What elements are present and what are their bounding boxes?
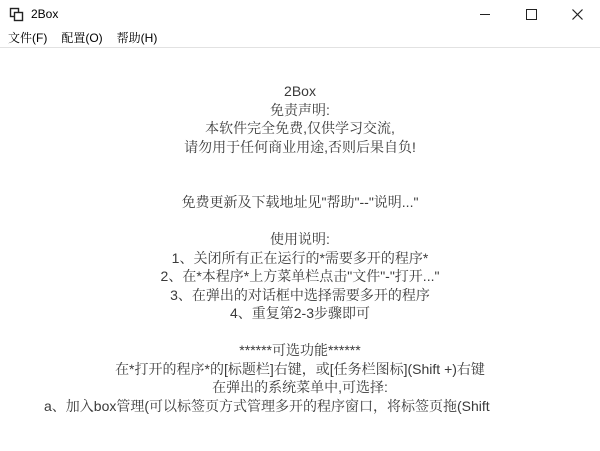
content-line-appname: 2Box bbox=[0, 82, 600, 101]
content-line-blank bbox=[0, 212, 600, 231]
menu-item-help[interactable]: 帮助(H) bbox=[111, 27, 164, 48]
content-line-step-1: 1、关闭所有正在运行的*需要多开的程序* bbox=[0, 249, 600, 268]
content-line-blank bbox=[0, 323, 600, 342]
content-line-step-3: 3、在弹出的对话框中选择需要多开的程序 bbox=[0, 286, 600, 305]
content-line-optional-1: 在*打开的程序*的[标题栏]右键，或[任务栏图标](Shift +)右键 bbox=[0, 360, 600, 379]
maximize-icon bbox=[526, 9, 537, 20]
content-line-update-info: 免费更新及下载地址见"帮助"--"说明..." bbox=[0, 193, 600, 212]
menu-item-config[interactable]: 配置(O) bbox=[55, 27, 108, 48]
close-icon bbox=[572, 9, 583, 20]
app-window: 2Box 文件(F) 配置(O) 帮助(H) 2Box 免责声明: 本软件完全免… bbox=[0, 0, 600, 451]
content-line-blank bbox=[0, 156, 600, 175]
window-title: 2Box bbox=[31, 7, 58, 21]
cascade-windows-icon bbox=[8, 6, 24, 22]
content-line-optional-a: a、加入box管理(可以标签页方式管理多开的程序窗口，将标签页拖(Shift bbox=[0, 397, 600, 416]
content-area: 2Box 免责声明: 本软件完全免费,仅供学习交流, 请勿用于任何商业用途,否则… bbox=[0, 48, 600, 415]
title-bar[interactable]: 2Box bbox=[0, 0, 600, 28]
close-button[interactable] bbox=[554, 0, 600, 28]
content-line-usage-title: 使用说明: bbox=[0, 230, 600, 249]
content-line-disclaimer-1: 本软件完全免费,仅供学习交流, bbox=[0, 119, 600, 138]
menu-item-file[interactable]: 文件(F) bbox=[2, 27, 53, 48]
content-line-optional-title: ******可选功能****** bbox=[0, 341, 600, 360]
content-line-blank bbox=[0, 175, 600, 194]
minimize-icon bbox=[480, 14, 490, 15]
window-controls bbox=[462, 0, 600, 28]
content-line-step-2: 2、在*本程序*上方菜单栏点击"文件"-"打开..." bbox=[0, 267, 600, 286]
content-line-step-4: 4、重复第2-3步骤即可 bbox=[0, 304, 600, 323]
minimize-button[interactable] bbox=[462, 0, 508, 28]
content-line-disclaimer-2: 请勿用于任何商业用途,否则后果自负! bbox=[0, 138, 600, 157]
content-line-disclaimer-title: 免责声明: bbox=[0, 101, 600, 120]
menu-bar: 文件(F) 配置(O) 帮助(H) bbox=[0, 28, 600, 48]
maximize-button[interactable] bbox=[508, 0, 554, 28]
content-line-optional-2: 在弹出的系统菜单中,可选择: bbox=[0, 378, 600, 397]
